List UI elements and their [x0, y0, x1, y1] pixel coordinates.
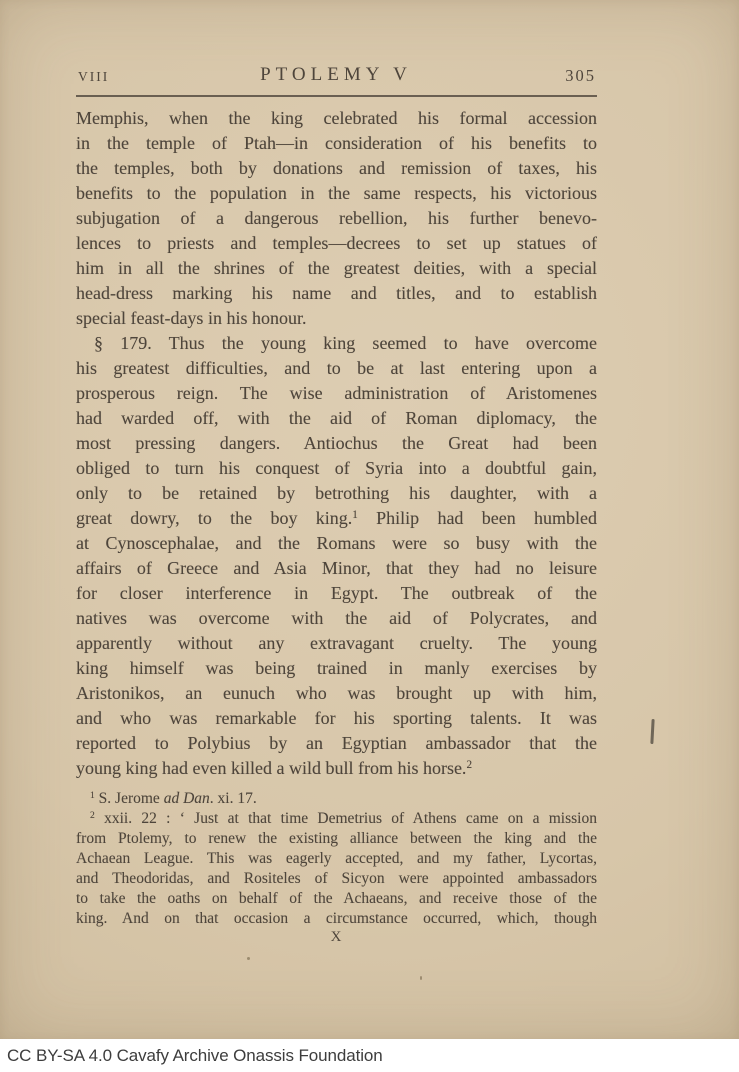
text-segment: him in all the shrines of the greatest d…	[76, 258, 597, 278]
text-line: king himself was being trained in manly …	[76, 656, 597, 681]
text-line: Achaean League. This was eagerly accepte…	[76, 849, 597, 869]
text-line: § 179. Thus the young king seemed to hav…	[76, 331, 597, 356]
text-segment: Philip had been humbled	[358, 508, 597, 528]
text-line: from Ptolemy, to renew the existing alli…	[76, 829, 597, 849]
footnotes: 1 S. Jerome ad Dan. xi. 17.2 xxii. 22 : …	[76, 789, 597, 929]
text-segment: special feast-days in his honour.	[76, 308, 306, 328]
text-line: the temples, both by donations and remis…	[76, 156, 597, 181]
text-segment: . xi. 17.	[210, 790, 257, 807]
text-line: only to be retained by betrothing his da…	[76, 481, 597, 506]
text-segment: in the temple of Ptah—in consideration o…	[76, 133, 597, 153]
text-line: natives was overcome with the aid of Pol…	[76, 606, 597, 631]
page-title: PTOLEMY V	[260, 64, 412, 86]
signature-mark: X	[76, 929, 597, 946]
text-segment: prosperous reign. The wise administratio…	[76, 383, 597, 403]
text-line: prosperous reign. The wise administratio…	[76, 381, 597, 406]
license-text: CC BY-SA 4.0 Cavafy Archive Onassis Foun…	[7, 1046, 383, 1066]
text-line: great dowry, to the boy king.1 Philip ha…	[76, 506, 597, 531]
text-segment: only to be retained by betrothing his da…	[76, 483, 597, 503]
page-number: 305	[565, 66, 596, 86]
text-segment: Memphis, when the king celebrated his fo…	[76, 108, 597, 128]
body-text: Memphis, when the king celebrated his fo…	[76, 106, 597, 781]
text-line: affairs of Greece and Asia Minor, that t…	[76, 556, 597, 581]
text-segment: the temples, both by donations and remis…	[76, 158, 597, 178]
text-segment: most pressing dangers. Antiochus the Gre…	[76, 433, 597, 453]
text-line: head-dress marking his name and titles, …	[76, 281, 597, 306]
header-rule	[76, 95, 597, 97]
license-bar: CC BY-SA 4.0 Cavafy Archive Onassis Foun…	[0, 1039, 739, 1072]
text-line: for closer interference in Egypt. The ou…	[76, 581, 597, 606]
text-line: benefits to the population in the same r…	[76, 181, 597, 206]
text-segment: reported to Polybius by an Egyptian amba…	[76, 733, 597, 753]
text-segment: great dowry, to the boy king.	[76, 508, 352, 528]
text-line: subjugation of a dangerous rebellion, hi…	[76, 206, 597, 231]
text-line: most pressing dangers. Antiochus the Gre…	[76, 431, 597, 456]
text-line: obliged to turn his conquest of Syria in…	[76, 456, 597, 481]
text-segment: obliged to turn his conquest of Syria in…	[76, 458, 597, 478]
footnote: 2 xxii. 22 : ‘ Just at that time Demetri…	[76, 809, 597, 929]
text-segment: for closer interference in Egypt. The ou…	[76, 583, 597, 603]
text-segment: Aristonikos, an eunuch who was brought u…	[76, 683, 597, 703]
text-segment: from Ptolemy, to renew the existing alli…	[76, 830, 597, 847]
paragraph: Memphis, when the king celebrated his fo…	[76, 106, 597, 331]
text-line: his greatest difficulties, and to be at …	[76, 356, 597, 381]
text-segment: § 179. Thus the young king seemed to hav…	[94, 333, 597, 353]
text-line: king. And on that occasion a circumstanc…	[76, 909, 597, 929]
text-line: and who was remarkable for his sporting …	[76, 706, 597, 731]
text-segment: had warded off, with the aid of Roman di…	[76, 408, 597, 428]
text-segment: to take the oaths on behalf of the Achae…	[76, 890, 597, 907]
text-line: him in all the shrines of the greatest d…	[76, 256, 597, 281]
footnote: 1 S. Jerome ad Dan. xi. 17.	[76, 789, 597, 809]
text-segment: king. And on that occasion a circumstanc…	[76, 910, 597, 927]
text-segment: and who was remarkable for his sporting …	[76, 708, 597, 728]
scanned-book-page: VIII PTOLEMY V 305 Memphis, when the kin…	[0, 0, 739, 1072]
text-line: young king had even killed a wild bull f…	[76, 756, 597, 781]
text-line: to take the oaths on behalf of the Achae…	[76, 889, 597, 909]
text-segment: ad Dan	[164, 790, 210, 807]
text-line: had warded off, with the aid of Roman di…	[76, 406, 597, 431]
footnote-reference: 1	[352, 509, 358, 521]
text-segment: young king had even killed a wild bull f…	[76, 758, 466, 778]
text-line: apparently without any extravagant cruel…	[76, 631, 597, 656]
text-segment: affairs of Greece and Asia Minor, that t…	[76, 558, 597, 578]
footnote-reference: 1	[90, 790, 95, 801]
chapter-numeral: VIII	[78, 69, 109, 85]
text-segment: natives was overcome with the aid of Pol…	[76, 608, 597, 628]
text-line: 2 xxii. 22 : ‘ Just at that time Demetri…	[76, 809, 597, 829]
text-line: in the temple of Ptah—in consideration o…	[76, 131, 597, 156]
text-segment: Achaean League. This was eagerly accepte…	[76, 850, 597, 867]
text-line: and Theodoridas, and Rositeles of Sicyon…	[76, 869, 597, 889]
text-segment: king himself was being trained in manly …	[76, 658, 597, 678]
text-line: at Cynoscephalae, and the Romans were so…	[76, 531, 597, 556]
text-segment: subjugation of a dangerous rebellion, hi…	[76, 208, 597, 228]
text-segment: xxii. 22 : ‘ Just at that time Demetrius…	[95, 810, 597, 827]
text-line: 1 S. Jerome ad Dan. xi. 17.	[76, 789, 597, 809]
text-segment: at Cynoscephalae, and the Romans were so…	[76, 533, 597, 553]
text-line: Aristonikos, an eunuch who was brought u…	[76, 681, 597, 706]
text-segment: benefits to the population in the same r…	[76, 183, 597, 203]
text-line: reported to Polybius by an Egyptian amba…	[76, 731, 597, 756]
paper-speck	[247, 957, 250, 960]
running-header: VIII PTOLEMY V 305	[76, 62, 596, 88]
text-segment: S. Jerome	[95, 790, 164, 807]
text-line: lences to priests and temples—decrees to…	[76, 231, 597, 256]
text-segment: apparently without any extravagant cruel…	[76, 633, 597, 653]
paragraph: § 179. Thus the young king seemed to hav…	[76, 331, 597, 781]
footnote-reference: 2	[466, 759, 472, 771]
text-segment: head-dress marking his name and titles, …	[76, 283, 597, 303]
text-line: Memphis, when the king celebrated his fo…	[76, 106, 597, 131]
footnote-reference: 2	[90, 810, 95, 821]
text-line: special feast-days in his honour.	[76, 306, 597, 331]
text-segment: his greatest difficulties, and to be at …	[76, 358, 597, 378]
text-segment: lences to priests and temples—decrees to…	[76, 233, 597, 253]
text-segment: and Theodoridas, and Rositeles of Sicyon…	[76, 870, 597, 887]
paper-speck	[420, 976, 422, 980]
